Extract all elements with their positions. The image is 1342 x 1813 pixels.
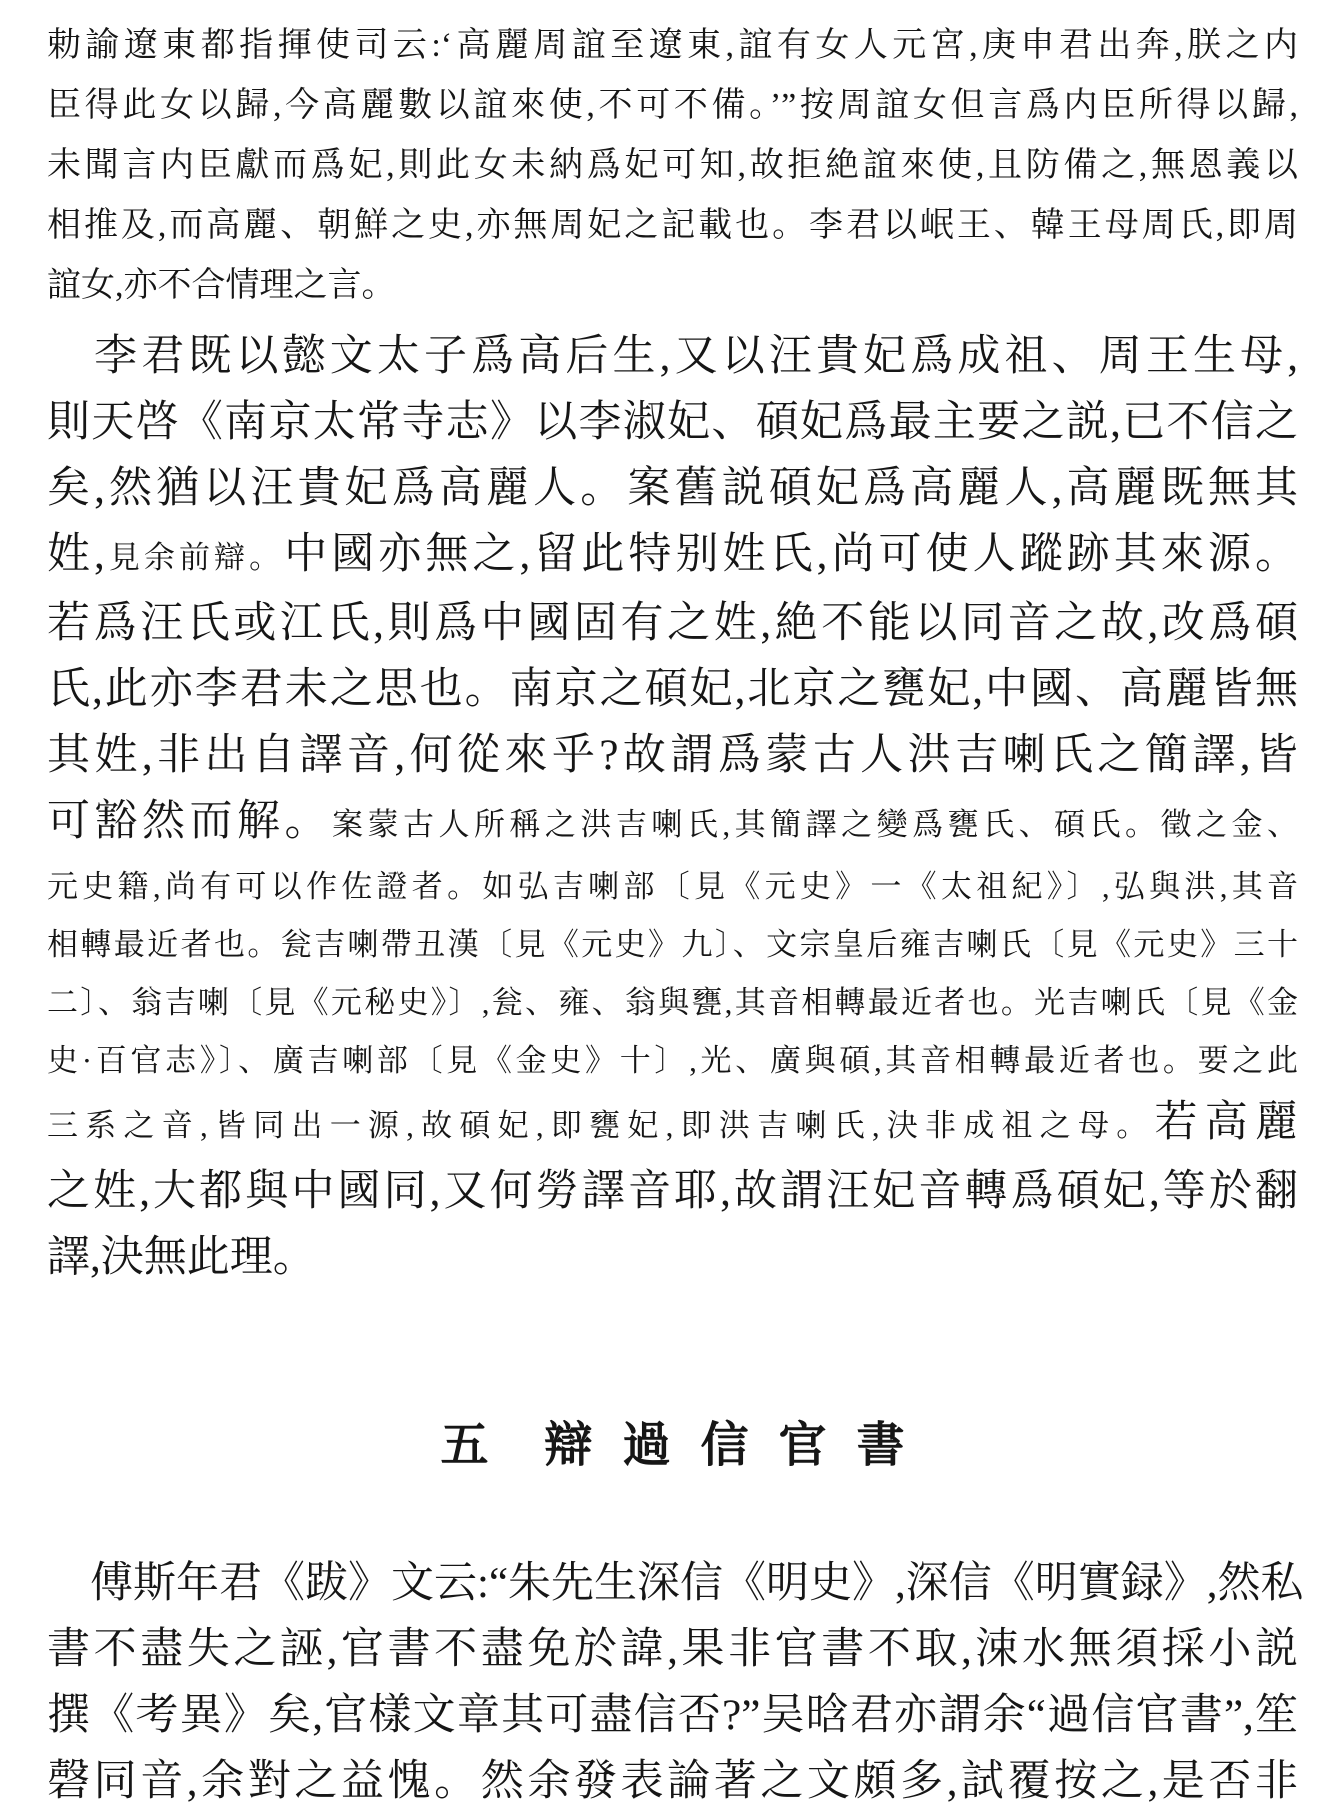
text-segment: 案蒙古人所稱之洪吉喇氏,其簡譯之變爲甕氏、碩氏。徵之金、 (332, 807, 1298, 842)
text-segment: 李君既以懿文太子爲高后生,又以汪貴妃爲成祖、周王生母, (47, 333, 1298, 380)
text-segment: 見余前辯。 (105, 540, 284, 575)
text-segment: 若爲汪氏或江氏,則爲中國固有之姓,絶不能以同音之故,改爲碩 (47, 600, 1298, 647)
text-line: 其姓,非出自譯音,何從來乎?故謂爲蒙古人洪吉喇氏之簡譯,皆 (47, 723, 1298, 789)
text-line: 誼女,亦不合情理之言。 (47, 256, 1298, 316)
text-segment: 矣,然猶以汪貴妃爲高麗人。案舊説碩妃爲高麗人,高麗既無其 (47, 465, 1298, 512)
text-line: 三系之音,皆同出一源,故碩妃,即甕妃,即洪吉喇氏,決非成祖之母。若高麗 (47, 1090, 1298, 1159)
text-line: 若爲汪氏或江氏,則爲中國固有之姓,絶不能以同音之故,改爲碩 (47, 591, 1298, 657)
section-heading: 五辯過信官書 (47, 1411, 1298, 1481)
text-segment: 其姓,非出自譯音,何從來乎?故謂爲蒙古人洪吉喇氏之簡譯,皆 (47, 732, 1298, 779)
text-segment: 之姓,大都與中國同,又何勞譯音耶,故謂汪妃音轉爲碩妃,等於翻 (47, 1168, 1298, 1215)
text-segment: 誼女,亦不合情理之言。 (47, 267, 396, 304)
paragraph-continuation: 勅諭遼東都指揮使司云:‘高麗周誼至遼東,誼有女人元宮,庚申君出奔,朕之内臣得此女… (47, 16, 1298, 316)
text-segment: 傅斯年君《跋》文云:“朱先生深信《明史》,深信《明實録》,然私 (47, 1560, 1304, 1607)
text-line: 傅斯年君《跋》文云:“朱先生深信《明史》,深信《明實録》,然私 (47, 1551, 1298, 1617)
text-segment: 相推及,而高麗、朝鮮之史,亦無周妃之記載也。李君以岷王、韓王母周氏,即周 (47, 207, 1298, 244)
paragraph-fu-sinian-quote: 傅斯年君《跋》文云:“朱先生深信《明史》,深信《明實録》,然私書不盡失之誣,官書… (47, 1551, 1298, 1813)
book-page: 勅諭遼東都指揮使司云:‘高麗周誼至遼東,誼有女人元宮,庚申君出奔,朕之内臣得此女… (0, 0, 1342, 1813)
text-line: 之姓,大都與中國同,又何勞譯音耶,故謂汪妃音轉爲碩妃,等於翻 (47, 1159, 1298, 1225)
text-segment: 姓, (47, 531, 105, 578)
text-line: 撰《考異》矣,官樣文章其可盡信否?”吴晗君亦謂余“過信官書”,笙 (47, 1683, 1298, 1749)
text-segment: 三系之音,皆同出一源,故碩妃,即甕妃,即洪吉喇氏,決非成祖之母。 (47, 1108, 1155, 1143)
text-line: 臣得此女以歸,今高麗數以誼來使,不可不備。’”按周誼女但言爲内臣所得以歸, (47, 76, 1298, 136)
text-line: 二〕、翁吉喇〔見《元秘史》〕,瓮、雍、翁與甕,其音相轉最近者也。光吉喇氏〔見《金 (47, 974, 1298, 1032)
paragraph-argument: 李君既以懿文太子爲高后生,又以汪貴妃爲成祖、周王生母,則天啓《南京太常寺志》以李… (47, 324, 1298, 1291)
text-segment: 勅諭遼東都指揮使司云:‘高麗周誼至遼東,誼有女人元宮,庚申君出奔,朕之内 (47, 27, 1298, 64)
text-line: 則天啓《南京太常寺志》以李淑妃、碩妃爲最主要之説,已不信之 (47, 390, 1298, 456)
text-segment: 撰《考異》矣,官樣文章其可盡信否?”吴晗君亦謂余“過信官書”,笙 (47, 1692, 1298, 1739)
text-line: 史·百官志》〕、廣吉喇部〔見《金史》十〕,光、廣與碩,其音相轉最近者也。要之此 (47, 1032, 1298, 1090)
text-segment: 譯,決無此理。 (47, 1234, 316, 1281)
text-segment: 若高麗 (1155, 1099, 1299, 1146)
text-body-above: 勅諭遼東都指揮使司云:‘高麗周誼至遼東,誼有女人元宮,庚申君出奔,朕之内臣得此女… (47, 16, 1298, 1291)
section-number: 五 (440, 1419, 488, 1472)
text-line: 譯,決無此理。 (47, 1225, 1298, 1291)
text-line: 元史籍,尚有可以作佐證者。如弘吉喇部〔見《元史》一《太祖紀》〕,弘與洪,其音 (47, 858, 1298, 916)
text-segment: 磬同音,余對之益愧。然余發表論著之文頗多,試覆按之,是否非 (47, 1758, 1298, 1805)
text-segment: 臣得此女以歸,今高麗數以誼來使,不可不備。’”按周誼女但言爲内臣所得以歸, (47, 87, 1298, 124)
text-body-below: 傅斯年君《跋》文云:“朱先生深信《明史》,深信《明實録》,然私書不盡失之誣,官書… (47, 1551, 1298, 1813)
text-segment: 中國亦無之,留此特别姓氏,尚可使人蹤跡其來源。 (284, 531, 1298, 578)
text-segment: 氏,此亦李君未之思也。南京之碩妃,北京之甕妃,中國、高麗皆無 (47, 666, 1298, 713)
text-segment: 書不盡失之誣,官書不盡免於諱,果非官書不取,涑水無須採小説 (47, 1626, 1298, 1673)
text-segment: 相轉最近者也。瓮吉喇帶丑漢〔見《元史》九〕、文宗皇后雍吉喇氏〔見《元史》三十 (47, 927, 1298, 962)
text-segment: 可豁然而解。 (47, 798, 332, 845)
text-line: 矣,然猶以汪貴妃爲高麗人。案舊説碩妃爲高麗人,高麗既無其 (47, 456, 1298, 522)
text-line: 書不盡失之誣,官書不盡免於諱,果非官書不取,涑水無須採小説 (47, 1617, 1298, 1683)
text-line: 姓,見余前辯。中國亦無之,留此特别姓氏,尚可使人蹤跡其來源。 (47, 522, 1298, 591)
text-line: 相推及,而高麗、朝鮮之史,亦無周妃之記載也。李君以岷王、韓王母周氏,即周 (47, 196, 1298, 256)
text-line: 可豁然而解。案蒙古人所稱之洪吉喇氏,其簡譯之變爲甕氏、碩氏。徵之金、 (47, 789, 1298, 858)
text-line: 氏,此亦李君未之思也。南京之碩妃,北京之甕妃,中國、高麗皆無 (47, 657, 1298, 723)
text-line: 勅諭遼東都指揮使司云:‘高麗周誼至遼東,誼有女人元宮,庚申君出奔,朕之内 (47, 16, 1298, 76)
text-segment: 史·百官志》〕、廣吉喇部〔見《金史》十〕,光、廣與碩,其音相轉最近者也。要之此 (47, 1043, 1298, 1078)
text-segment: 二〕、翁吉喇〔見《元秘史》〕,瓮、雍、翁與甕,其音相轉最近者也。光吉喇氏〔見《金 (47, 985, 1298, 1020)
text-line: 相轉最近者也。瓮吉喇帶丑漢〔見《元史》九〕、文宗皇后雍吉喇氏〔見《元史》三十 (47, 916, 1298, 974)
text-segment: 元史籍,尚有可以作佐證者。如弘吉喇部〔見《元史》一《太祖紀》〕,弘與洪,其音 (47, 869, 1298, 904)
text-segment: 未聞言内臣獻而爲妃,則此女未納爲妃可知,故拒絶誼來使,且防備之,無恩義以 (47, 147, 1298, 184)
text-line: 未聞言内臣獻而爲妃,則此女未納爲妃可知,故拒絶誼來使,且防備之,無恩義以 (47, 136, 1298, 196)
text-segment: 則天啓《南京太常寺志》以李淑妃、碩妃爲最主要之説,已不信之 (47, 399, 1298, 446)
text-line: 磬同音,余對之益愧。然余發表論著之文頗多,試覆按之,是否非 (47, 1749, 1298, 1813)
section-title: 辯過信官書 (545, 1419, 935, 1472)
text-line: 李君既以懿文太子爲高后生,又以汪貴妃爲成祖、周王生母, (47, 324, 1298, 390)
